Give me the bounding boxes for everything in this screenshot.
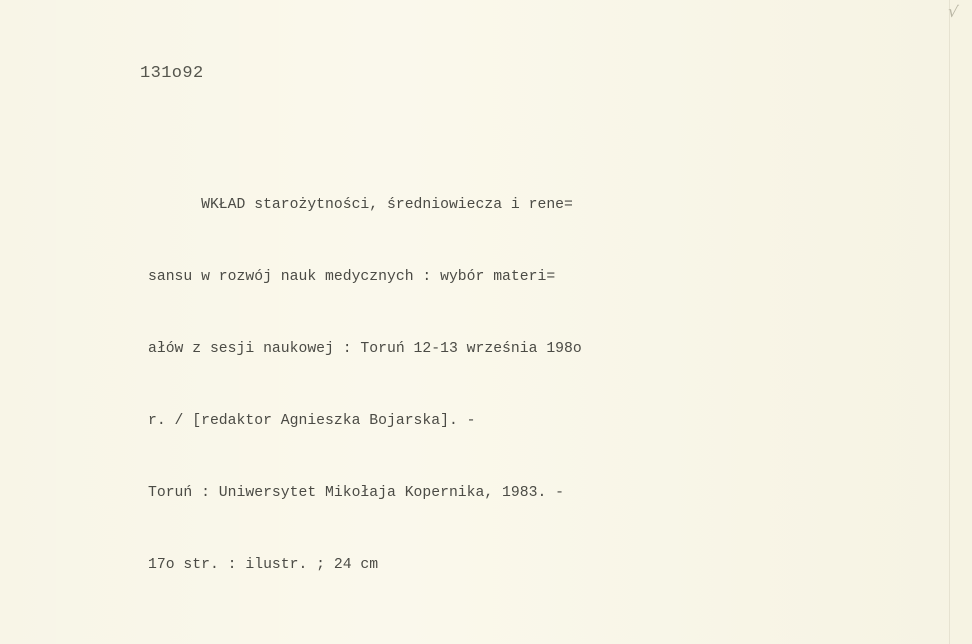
entry-line-conference: ałów z sesji naukowej : Toruń 12-13 wrze…	[148, 337, 582, 361]
entry-line-title-cont: sansu w rozwój nauk medycznych : wybór m…	[148, 265, 582, 289]
entry-line-physical-description: 17o str. : ilustr. ; 24 cm	[148, 553, 582, 577]
catalog-card: √ 131o92 WKŁAD starożytności, średniowie…	[0, 0, 972, 644]
entry-line-title: WKŁAD starożytności, średniowiecza i ren…	[148, 193, 582, 217]
checkmark-icon: √	[947, 1, 960, 21]
card-edge-shadow	[949, 0, 950, 644]
entry-line-editor: r. / [redaktor Agnieszka Bojarska]. -	[148, 409, 582, 433]
call-number: 131o92	[140, 64, 204, 83]
bibliographic-entry: WKŁAD starożytności, średniowiecza i ren…	[148, 145, 582, 625]
entry-line-publisher: Toruń : Uniwersytet Mikołaja Kopernika, …	[148, 481, 582, 505]
